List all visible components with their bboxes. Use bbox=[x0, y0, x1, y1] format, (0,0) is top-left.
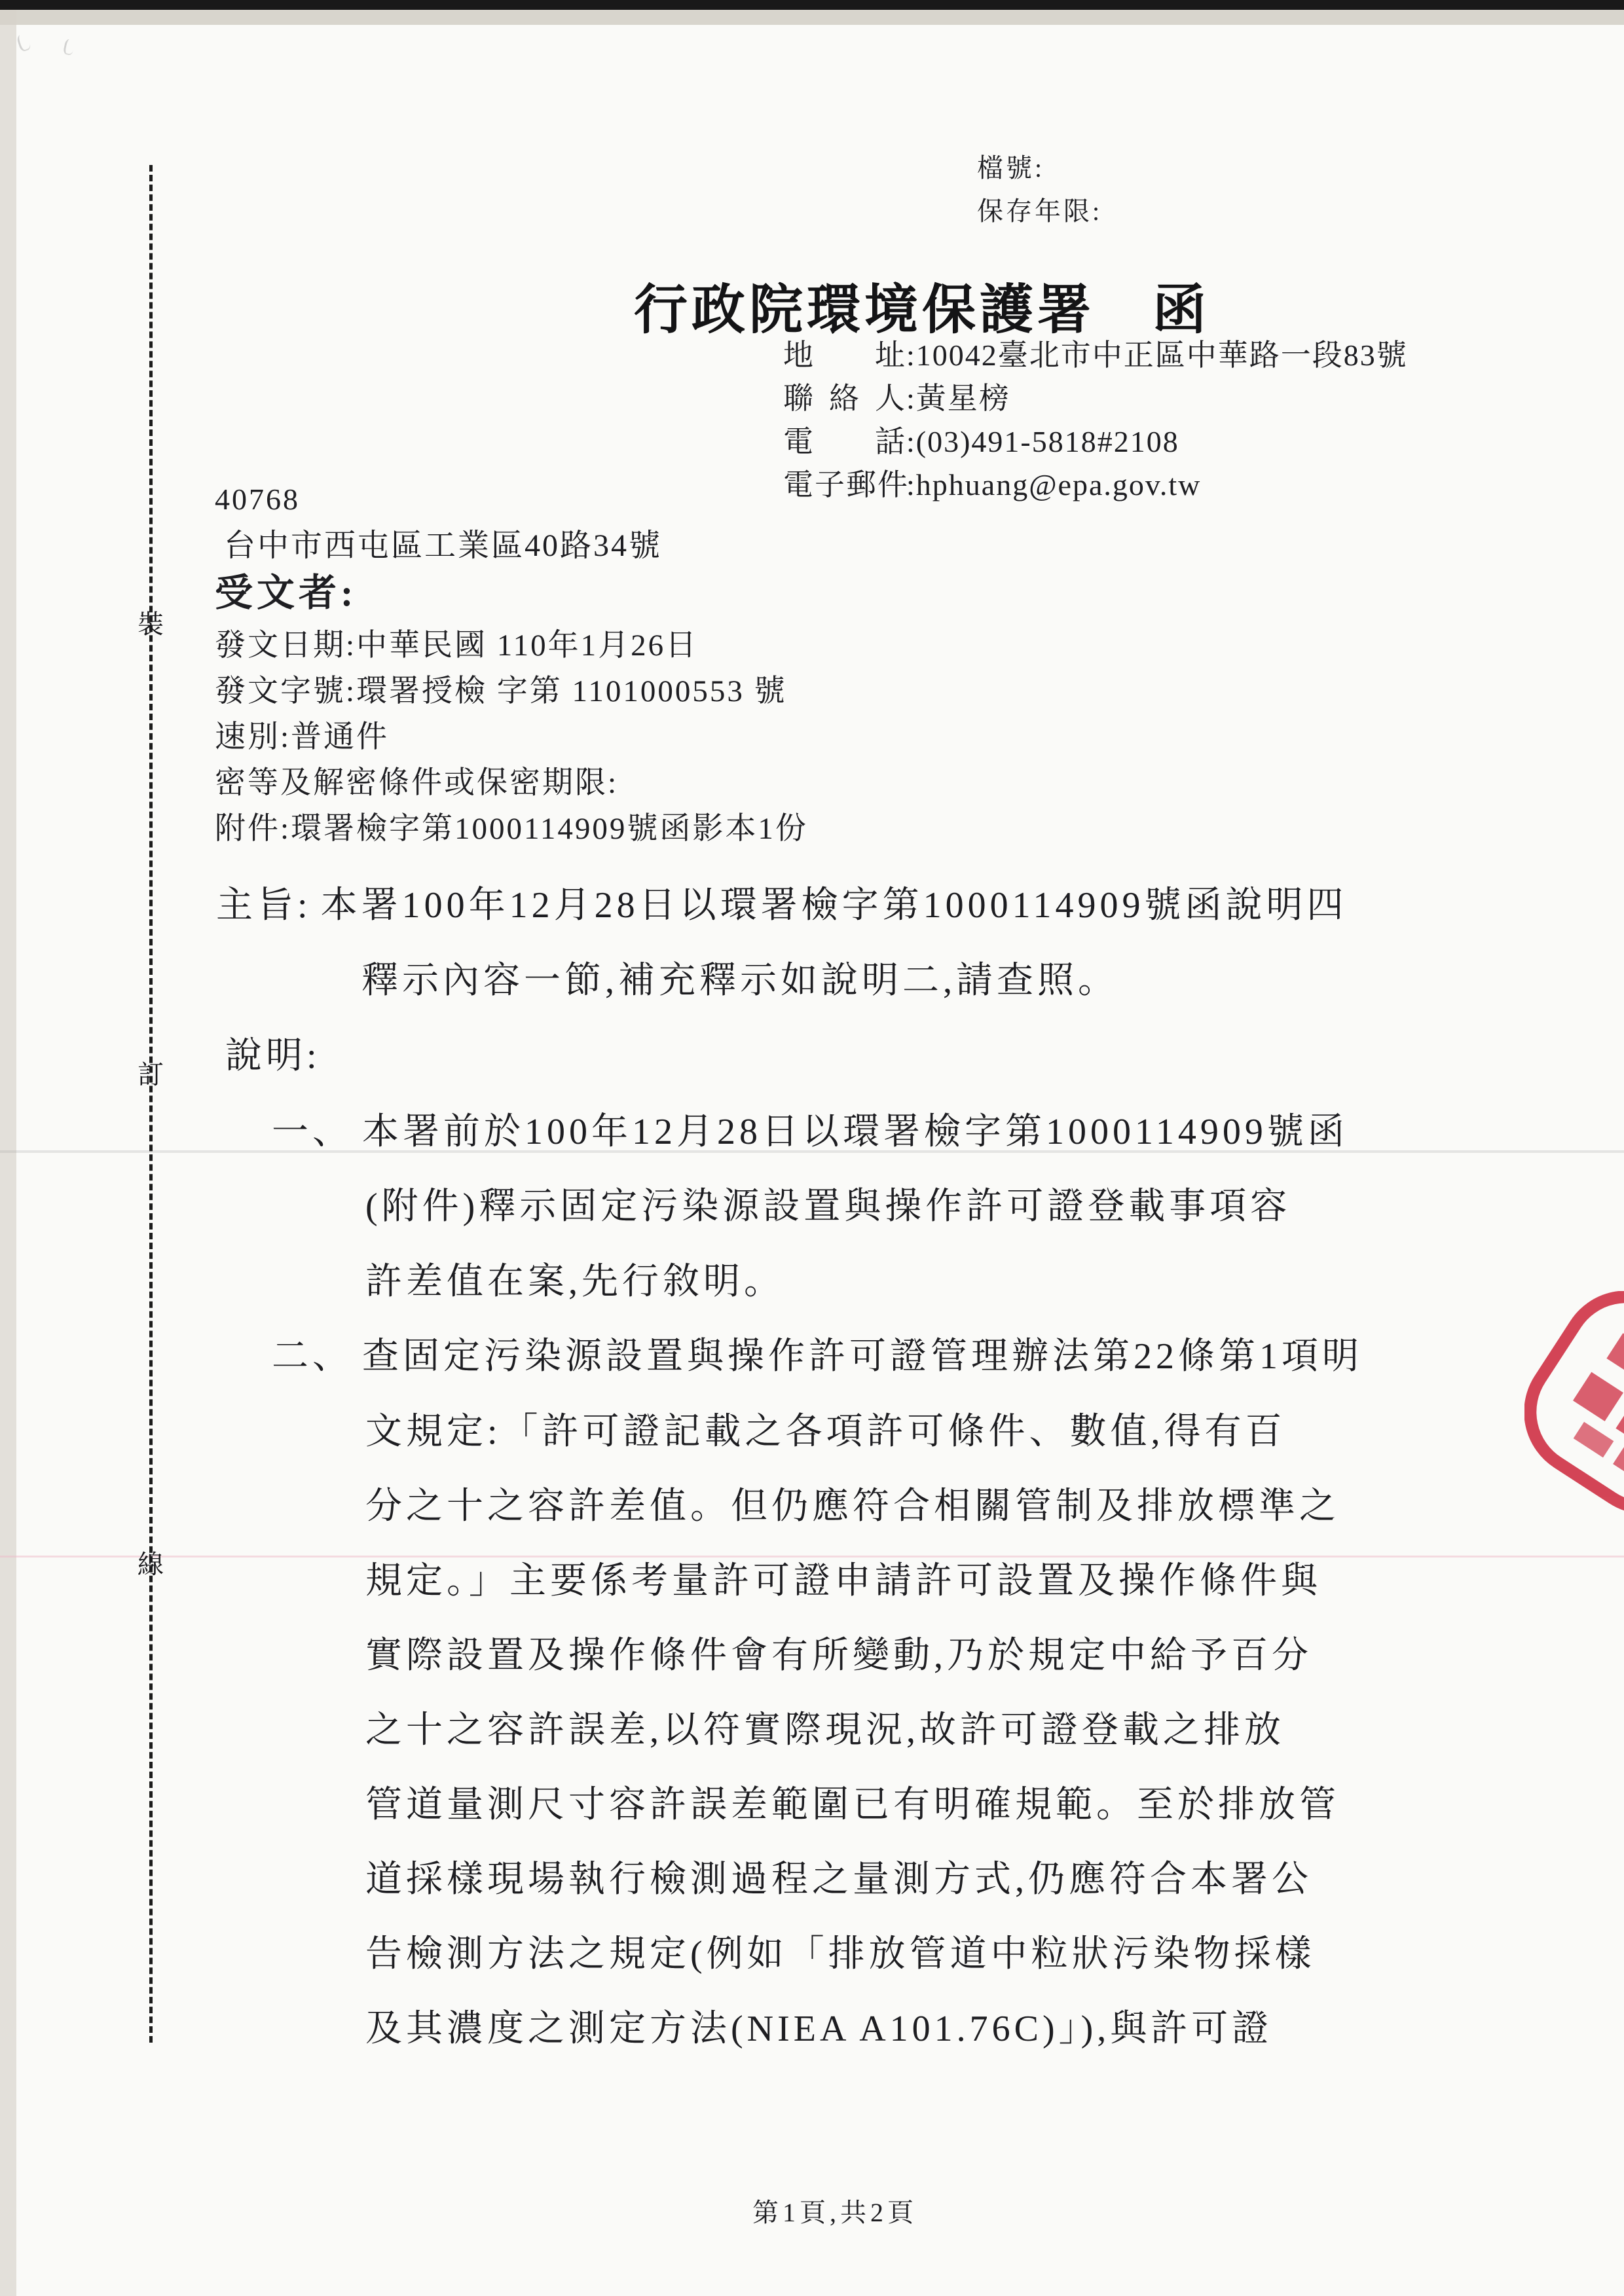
subject-label: 主旨: bbox=[216, 885, 312, 926]
pencil-mark bbox=[63, 39, 76, 56]
agency-contact-block: 地址:10042臺北市中正區中華路一段83號 聯絡人:黃星榜 電話:(03)49… bbox=[783, 331, 1408, 504]
contact-label: 聯絡人 bbox=[783, 374, 906, 418]
pencil-mark bbox=[16, 33, 31, 52]
contact-value: :(03)491-5818#2108 bbox=[906, 425, 1179, 458]
contact-value: :hphuang@epa.gov.tw bbox=[906, 468, 1201, 501]
body-line: 道採樣現場執行檢測過程之量測方式,仍應符合本署公 bbox=[365, 1850, 1312, 1903]
retention-years-label: 保存年限: bbox=[977, 191, 1102, 228]
page-footer: 第1頁,共2頁 bbox=[0, 2192, 1624, 2229]
meta-line-security: 密等及解密條件或保密期限: bbox=[215, 758, 808, 804]
meta-line-speed: 速別:普通件 bbox=[215, 712, 808, 758]
contact-value: :10042臺北市中正區中華路一段83號 bbox=[906, 338, 1408, 372]
binding-dashed-line bbox=[149, 165, 153, 2043]
scanner-edge-top-texture bbox=[0, 10, 1624, 25]
body-line: 實際設置及操作條件會有所變動,乃於規定中給予百分 bbox=[365, 1626, 1312, 1679]
document-meta-block: 發文日期:中華民國 110年1月26日 發文字號:環署授檢 字第 1101000… bbox=[215, 621, 808, 850]
body-line: (附件)釋示固定污染源設置與操作許可證登載事項容 bbox=[365, 1177, 1291, 1230]
item-number: 二、 bbox=[272, 1336, 353, 1377]
contact-row-address: 地址:10042臺北市中正區中華路一段83號 bbox=[783, 331, 1408, 374]
scanned-letter-page: 裝 訂 線 檔號: 保存年限: 行政院環境保護署 函 地址:10042臺北市中正… bbox=[0, 0, 1624, 2296]
meta-line-attachment: 附件:環署檢字第1000114909號函影本1份 bbox=[215, 804, 808, 850]
contact-value: :黃星榜 bbox=[906, 382, 1010, 415]
meta-line-date: 發文日期:中華民國 110年1月26日 bbox=[215, 621, 808, 666]
binding-mark-ding: 訂 bbox=[134, 1054, 168, 1091]
body-line: 告檢測方法之規定(例如「排放管道中粒狀污染物採樣 bbox=[365, 1925, 1316, 1977]
body-line: 文規定:「許可證記載之各項許可條件、數值,得有百 bbox=[365, 1402, 1286, 1455]
binding-mark-zhuang: 裝 bbox=[134, 604, 168, 641]
explanation-label: 說明: bbox=[225, 1027, 321, 1079]
body-line: 規定。」主要係考量許可證申請許可設置及操作條件與 bbox=[365, 1552, 1321, 1604]
body-line: 二、查固定污染源設置與操作許可證管理辦法第22條第1項明 bbox=[272, 1327, 1363, 1379]
body-line: 許差值在案,先行敘明。 bbox=[365, 1252, 784, 1305]
body-line: 管道量測尺寸容許誤差範圍已有明確規範。至於排放管 bbox=[365, 1776, 1340, 1828]
subject-line: 釋示內容一節,補充釋示如說明二,請查照。 bbox=[361, 951, 1118, 1004]
meta-line-docnumber: 發文字號:環署授檢 字第 1101000553 號 bbox=[215, 666, 808, 712]
file-number-label: 檔號: bbox=[977, 147, 1044, 185]
scanner-edge-top bbox=[0, 0, 1624, 10]
contact-row-email: 電子郵件:hphuang@epa.gov.tw bbox=[783, 461, 1408, 504]
contact-row-person: 聯絡人:黃星榜 bbox=[783, 374, 1408, 418]
body-line: 一、本署前於100年12月28日以環署檢字第1000114909號函 bbox=[272, 1102, 1348, 1155]
contact-label: 電子郵件 bbox=[783, 461, 906, 504]
binding-mark-xian: 線 bbox=[134, 1544, 168, 1581]
contact-row-phone: 電話:(03)491-5818#2108 bbox=[783, 418, 1408, 461]
contact-label: 電話 bbox=[783, 418, 906, 461]
recipient-label: 受文者: bbox=[215, 562, 357, 617]
item-number: 一、 bbox=[272, 1112, 353, 1152]
red-stamp bbox=[1524, 1291, 1624, 1514]
scanner-edge-left bbox=[0, 10, 16, 2296]
body-line: 分之十之容許差值。但仍應符合相關管制及排放標準之 bbox=[365, 1477, 1340, 1529]
body-line: 及其濃度之測定方法(NIEA A101.76C)」),與許可證 bbox=[365, 1999, 1272, 2052]
recipient-address: 台中市西屯區工業區40路34號 bbox=[224, 520, 662, 565]
body-line: 之十之容許誤差,以符實際現況,故許可證登載之排放 bbox=[365, 1701, 1285, 1753]
recipient-postal-code: 40768 bbox=[215, 482, 300, 517]
contact-label: 地址 bbox=[783, 331, 906, 374]
subject-line: 主旨:本署100年12月28日以環署檢字第1000114909號函說明四 bbox=[216, 876, 1347, 928]
